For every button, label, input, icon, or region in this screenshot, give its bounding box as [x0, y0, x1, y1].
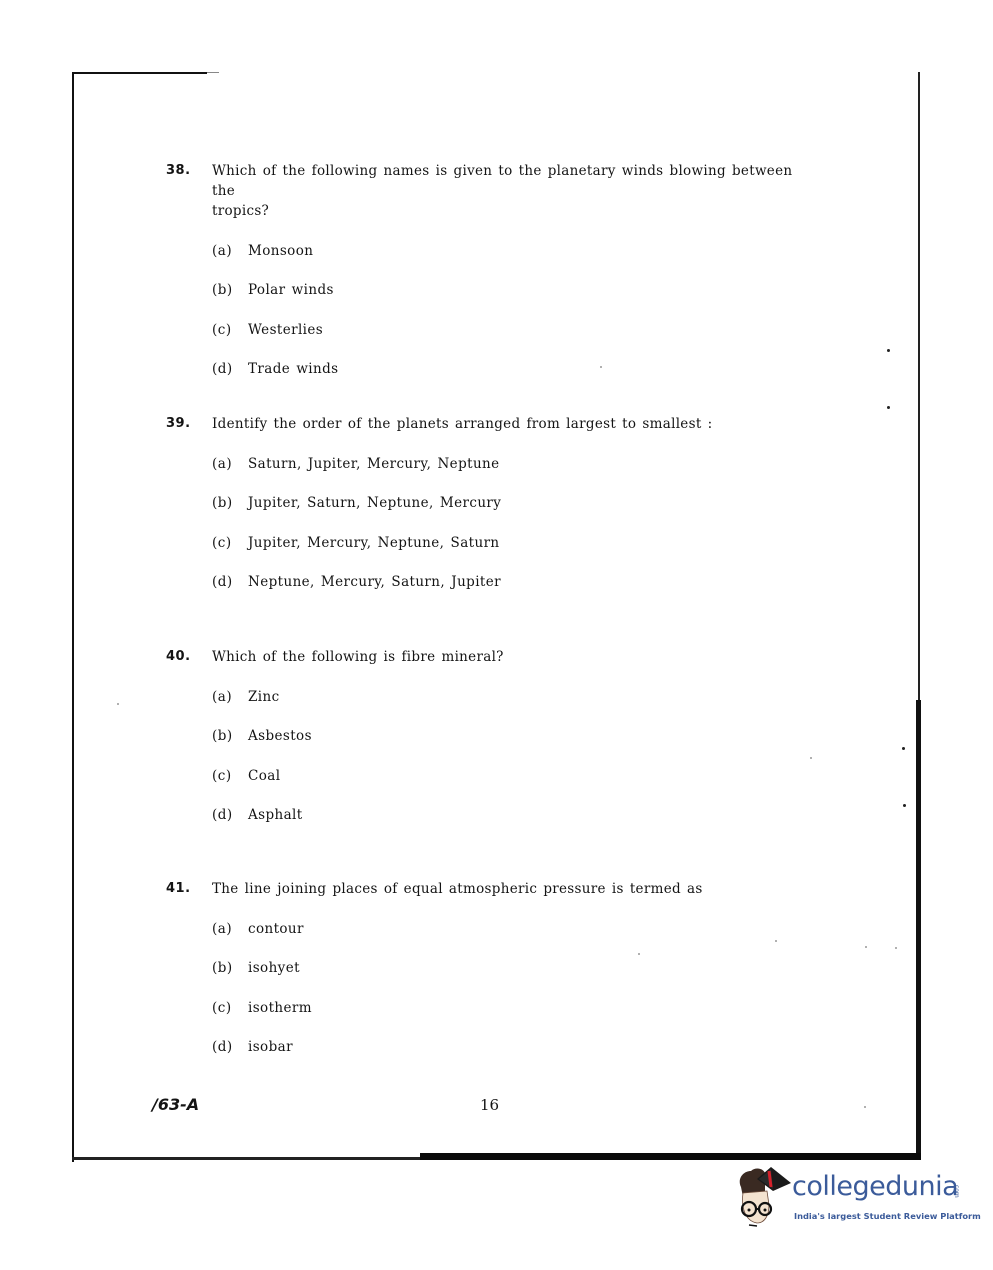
brand-name: collegedunia: [792, 1171, 958, 1202]
scan-speck: [865, 946, 867, 948]
option-text: Westerlies: [248, 322, 323, 338]
option-label: (a): [212, 243, 248, 259]
scan-speck: [117, 703, 119, 705]
option-label: (d): [212, 361, 248, 377]
question-text: Identify the order of the planets arrang…: [212, 414, 713, 434]
option-text: isohyet: [248, 960, 300, 976]
option-a: (a) contour: [212, 909, 806, 949]
option-text: isobar: [248, 1039, 293, 1055]
question-39: 39. Identify the order of the planets ar…: [166, 414, 806, 602]
question-text-line: Which of the following names is given to…: [212, 161, 806, 201]
question-text-line: tropics?: [212, 201, 806, 221]
page-border-bottom-shadow: [420, 1153, 921, 1160]
question-40: 40. Which of the following is fibre mine…: [166, 647, 806, 835]
mascot-logo-icon: [735, 1165, 791, 1231]
option-list: (a) contour (b) isohyet (c) isotherm (d)…: [166, 909, 806, 1067]
page-border-top: [72, 72, 207, 74]
option-text: Zinc: [248, 689, 280, 705]
option-label: (c): [212, 768, 248, 784]
question-number: 39.: [166, 414, 212, 434]
option-list: (a) Zinc (b) Asbestos (c) Coal (d) Aspha…: [166, 677, 806, 835]
option-label: (b): [212, 728, 248, 744]
question-number: 41.: [166, 879, 212, 899]
option-a: (a) Zinc: [212, 677, 806, 717]
question-header: 41. The line joining places of equal atm…: [166, 879, 806, 899]
option-label: (d): [212, 574, 248, 590]
page-border-top-faint: [207, 72, 219, 73]
option-text: Asbestos: [248, 728, 312, 744]
option-text: Monsoon: [248, 243, 313, 259]
option-a: (a) Monsoon: [212, 231, 806, 271]
scan-speck: [864, 1106, 866, 1108]
question-text: Which of the following is fibre mineral?: [212, 647, 504, 667]
option-text: Jupiter, Saturn, Neptune, Mercury: [248, 495, 501, 511]
option-label: (c): [212, 535, 248, 551]
question-number: 38.: [166, 161, 212, 181]
page-border-left: [72, 72, 74, 1162]
option-text: Trade winds: [248, 361, 338, 377]
option-label: (b): [212, 282, 248, 298]
option-c: (c) Coal: [212, 756, 806, 796]
option-label: (d): [212, 807, 248, 823]
option-text: Polar winds: [248, 282, 334, 298]
option-b: (b) Asbestos: [212, 717, 806, 757]
option-label: (b): [212, 960, 248, 976]
option-text: Jupiter, Mercury, Neptune, Saturn: [248, 535, 500, 551]
option-c: (c) Jupiter, Mercury, Neptune, Saturn: [212, 523, 806, 563]
option-list: (a) Saturn, Jupiter, Mercury, Neptune (b…: [166, 444, 806, 602]
question-text: Which of the following names is given to…: [212, 161, 806, 221]
option-text: Asphalt: [248, 807, 303, 823]
page-border-right-shadow: [916, 700, 921, 1160]
option-a: (a) Saturn, Jupiter, Mercury, Neptune: [212, 444, 806, 484]
option-label: (c): [212, 322, 248, 338]
question-header: 39. Identify the order of the planets ar…: [166, 414, 806, 434]
option-d: (d) Neptune, Mercury, Saturn, Jupiter: [212, 563, 806, 603]
option-text: isotherm: [248, 1000, 312, 1016]
paper-code: /63-A: [152, 1095, 199, 1114]
scan-speck: [887, 349, 890, 352]
collegedunia-watermark: collegedunia .com India's largest Studen…: [735, 1163, 965, 1233]
option-text: Neptune, Mercury, Saturn, Jupiter: [248, 574, 501, 590]
option-d: (d) Asphalt: [212, 796, 806, 836]
option-c: (c) Westerlies: [212, 310, 806, 350]
option-label: (c): [212, 1000, 248, 1016]
scan-speck: [895, 947, 897, 949]
page-number: 16: [480, 1096, 499, 1114]
question-header: 38. Which of the following names is give…: [166, 161, 806, 221]
brand-tagline: India's largest Student Review Platform: [794, 1211, 981, 1221]
option-label: (a): [212, 921, 248, 937]
option-text: contour: [248, 921, 304, 937]
scan-speck: [903, 804, 906, 807]
question-38: 38. Which of the following names is give…: [166, 161, 806, 389]
brand-suffix: .com: [953, 1183, 960, 1198]
option-label: (a): [212, 456, 248, 472]
option-label: (d): [212, 1039, 248, 1055]
option-list: (a) Monsoon (b) Polar winds (c) Westerli…: [166, 231, 806, 389]
option-c: (c) isotherm: [212, 988, 806, 1028]
option-b: (b) isohyet: [212, 949, 806, 989]
option-label: (b): [212, 495, 248, 511]
option-text: Coal: [248, 768, 280, 784]
question-41: 41. The line joining places of equal atm…: [166, 879, 806, 1067]
question-text: The line joining places of equal atmosph…: [212, 879, 703, 899]
option-b: (b) Jupiter, Saturn, Neptune, Mercury: [212, 484, 806, 524]
option-d: (d) Trade winds: [212, 350, 806, 390]
question-header: 40. Which of the following is fibre mine…: [166, 647, 806, 667]
option-b: (b) Polar winds: [212, 271, 806, 311]
option-d: (d) isobar: [212, 1028, 806, 1068]
option-text: Saturn, Jupiter, Mercury, Neptune: [248, 456, 500, 472]
scan-speck: [810, 757, 812, 759]
scan-speck: [887, 406, 890, 409]
option-label: (a): [212, 689, 248, 705]
question-number: 40.: [166, 647, 212, 667]
scan-speck: [902, 747, 905, 750]
